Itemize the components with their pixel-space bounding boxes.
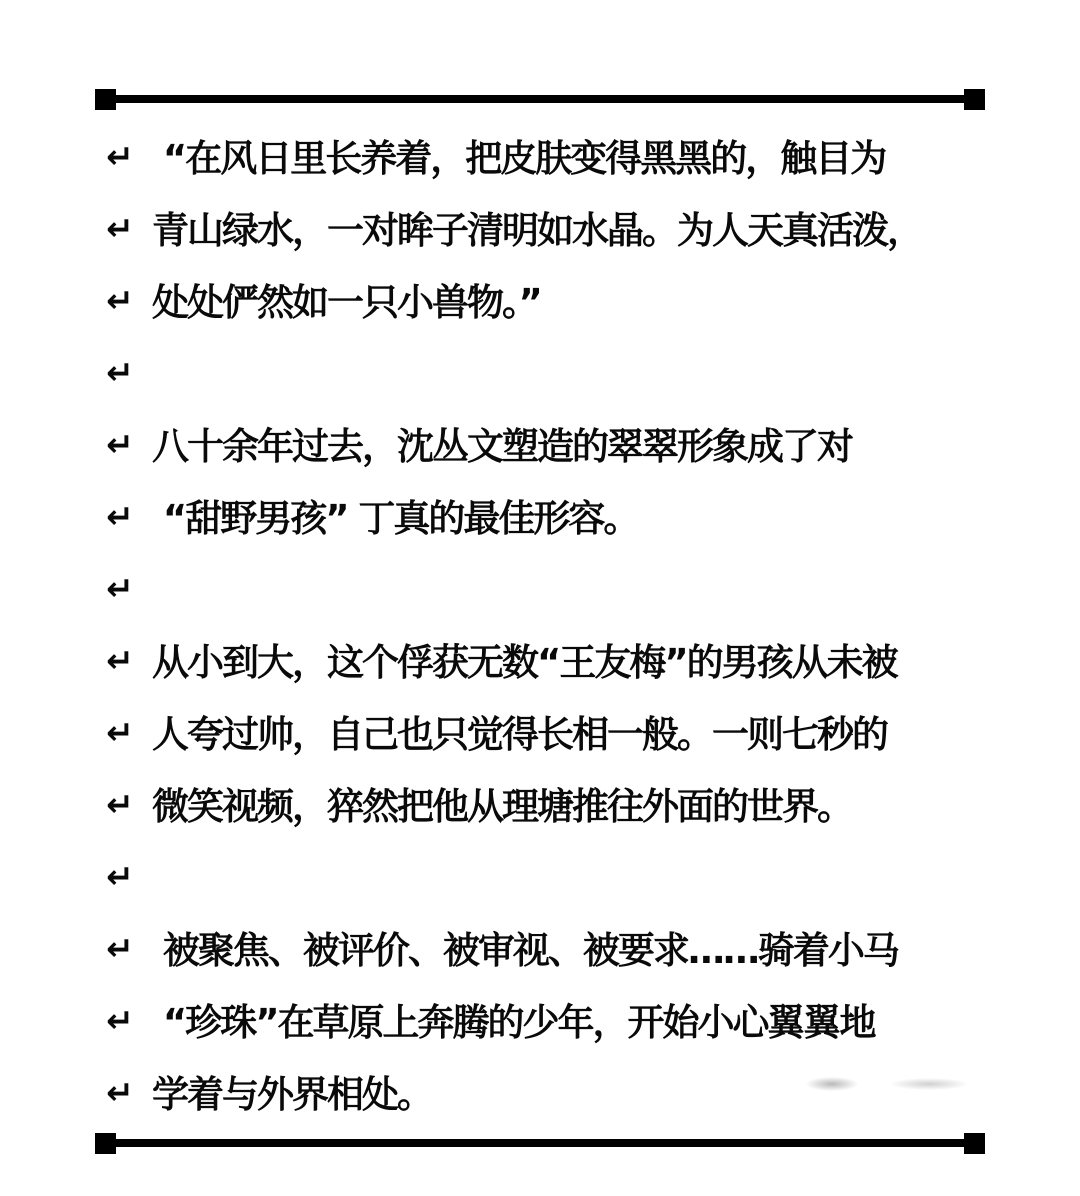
return-icon: ↵ bbox=[106, 209, 152, 248]
text-line: ↵ 从小到大，这个俘获无数“王友梅”的男孩从未被 bbox=[106, 623, 1006, 695]
text-line: ↵ 人夸过帅，自己也只觉得长相一般。一则七秒的 bbox=[106, 695, 1006, 767]
return-icon: ↵ bbox=[106, 569, 152, 608]
return-icon: ↵ bbox=[106, 857, 152, 896]
return-icon: ↵ bbox=[106, 929, 152, 968]
text-line: ↵ “在风日里长养着，把皮肤变得黑黑的，触目为 bbox=[106, 119, 1006, 191]
divider-line bbox=[113, 95, 967, 103]
return-icon: ↵ bbox=[106, 1073, 152, 1112]
text-line: ↵ bbox=[106, 839, 1006, 911]
line-text: 被聚焦、被评价、被审视、被要求……骑着小马 bbox=[152, 920, 898, 974]
line-text: 青山绿水，一对眸子清明如水晶。为人天真活泼， bbox=[152, 200, 922, 254]
line-text: 学着与外界相处。 bbox=[152, 1064, 432, 1118]
text-line: ↵ 青山绿水，一对眸子清明如水晶。为人天真活泼， bbox=[106, 191, 1006, 263]
line-text: 从小到大，这个俘获无数“王友梅”的男孩从未被 bbox=[152, 632, 897, 686]
return-icon: ↵ bbox=[106, 497, 152, 536]
page: ↵ “在风日里长养着，把皮肤变得黑黑的，触目为 ↵ 青山绿水，一对眸子清明如水晶… bbox=[0, 0, 1080, 1196]
line-text: 处处俨然如一只小兽物。” bbox=[152, 272, 541, 326]
text-block: ↵ “在风日里长养着，把皮肤变得黑黑的，触目为 ↵ 青山绿水，一对眸子清明如水晶… bbox=[106, 119, 1006, 1127]
line-text: 微笑视频，猝然把他从理塘推往外面的世界。 bbox=[152, 776, 852, 830]
text-line: ↵ 八十余年过去，沈丛文塑造的翠翠形象成了对 bbox=[106, 407, 1006, 479]
return-icon: ↵ bbox=[106, 353, 152, 392]
return-icon: ↵ bbox=[106, 713, 152, 752]
return-icon: ↵ bbox=[106, 785, 152, 824]
text-line: ↵ bbox=[106, 335, 1006, 407]
bottom-divider bbox=[95, 1132, 985, 1154]
return-icon: ↵ bbox=[106, 1001, 152, 1040]
divider-line bbox=[113, 1139, 967, 1147]
divider-right-square bbox=[964, 89, 985, 110]
return-icon: ↵ bbox=[106, 641, 152, 680]
line-text: 人夸过帅，自己也只觉得长相一般。一则七秒的 bbox=[152, 704, 887, 758]
line-text: “在风日里长养着，把皮肤变得黑黑的，触目为 bbox=[152, 128, 885, 182]
top-divider bbox=[95, 88, 985, 110]
line-text: “珍珠”在草原上奔腾的少年，开始小心翼翼地 bbox=[152, 992, 875, 1046]
line-text: 八十余年过去，沈丛文塑造的翠翠形象成了对 bbox=[152, 416, 852, 470]
text-line: ↵ “甜野男孩” 丁真的最佳形容。 bbox=[106, 479, 1006, 551]
return-icon: ↵ bbox=[106, 425, 152, 464]
text-line: ↵ 微笑视频，猝然把他从理塘推往外面的世界。 bbox=[106, 767, 1006, 839]
return-icon: ↵ bbox=[106, 137, 152, 176]
text-line: ↵ “珍珠”在草原上奔腾的少年，开始小心翼翼地 bbox=[106, 983, 1006, 1055]
text-line: ↵ 被聚焦、被评价、被审视、被要求……骑着小马 bbox=[106, 911, 1006, 983]
text-line: ↵ 处处俨然如一只小兽物。” bbox=[106, 263, 1006, 335]
text-line: ↵ bbox=[106, 551, 1006, 623]
divider-right-square bbox=[964, 1133, 985, 1154]
return-icon: ↵ bbox=[106, 281, 152, 320]
line-text: “甜野男孩” 丁真的最佳形容。 bbox=[152, 488, 638, 542]
text-line: ↵ 学着与外界相处。 bbox=[106, 1055, 1006, 1127]
